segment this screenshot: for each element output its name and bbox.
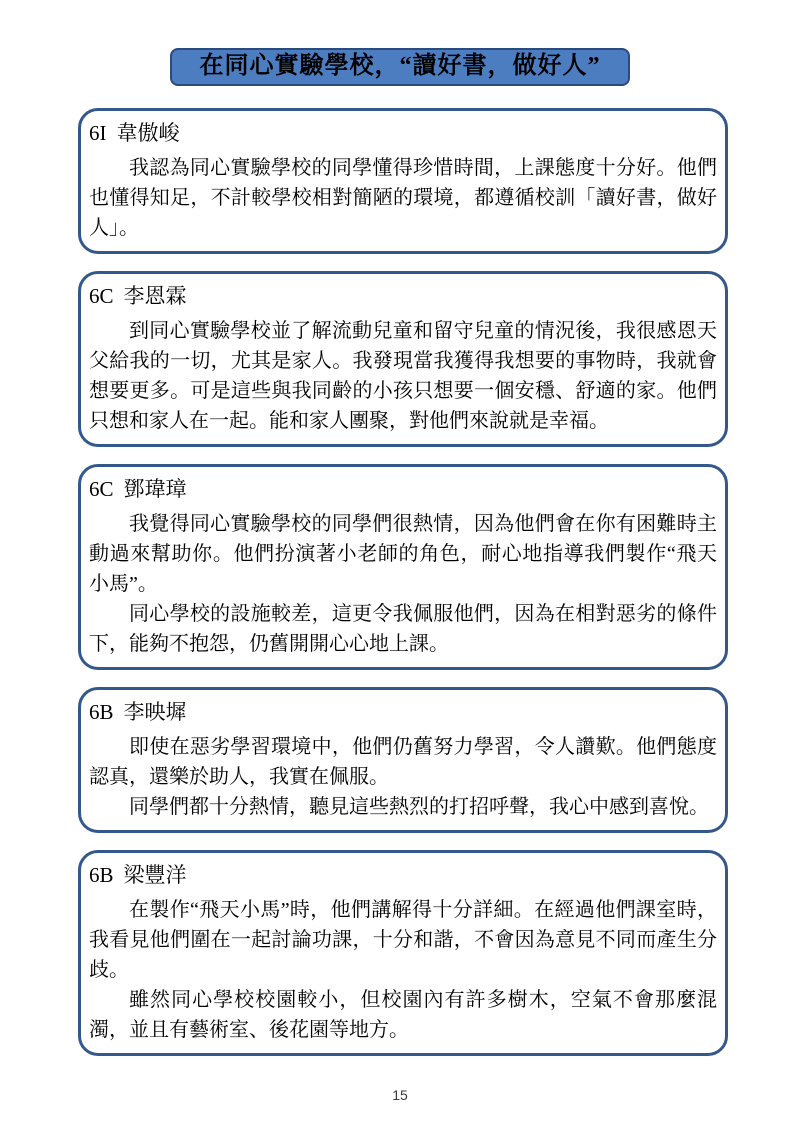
student-header: 6B李映墀 — [89, 698, 717, 726]
student-name: 韋傲峻 — [117, 121, 180, 145]
document-page: 在同心實驗學校，“讀好書，做好人” 6I韋傲峻 我認為同心實驗學校的同學懂得珍惜… — [0, 0, 800, 1131]
student-class-id: 6B — [89, 863, 114, 887]
student-class-id: 6B — [89, 700, 114, 724]
page-title-banner: 在同心實驗學校，“讀好書，做好人” — [170, 48, 630, 86]
testimonial-paragraph: 即使在惡劣學習環境中，他們仍舊努力學習，令人讚歎。他們態度認真，還樂於助人，我實… — [89, 732, 717, 792]
student-class-id: 6C — [89, 284, 114, 308]
student-class-id: 6I — [89, 121, 107, 145]
student-name: 李映墀 — [124, 700, 187, 724]
student-header: 6C李恩霖 — [89, 282, 717, 310]
testimonial-paragraph: 到同心實驗學校並了解流動兒童和留守兒童的情況後，我很感恩天父給我的一切，尤其是家… — [89, 316, 717, 436]
page-number: 15 — [0, 1087, 800, 1103]
testimonial-card-5: 6B梁豐洋 在製作“飛天小馬”時，他們講解得十分詳細。在經過他們課室時，我看見他… — [78, 850, 728, 1056]
testimonial-card-1: 6I韋傲峻 我認為同心實驗學校的同學懂得珍惜時間，上課態度十分好。他們也懂得知足… — [78, 108, 728, 254]
testimonial-card-3: 6C鄧瑋璋 我覺得同心實驗學校的同學們很熱情，因為他們會在你有困難時主動過來幫助… — [78, 464, 728, 670]
student-name: 鄧瑋璋 — [124, 477, 187, 501]
student-header: 6B梁豐洋 — [89, 861, 717, 889]
student-name: 梁豐洋 — [124, 863, 187, 887]
student-header: 6C鄧瑋璋 — [89, 475, 717, 503]
testimonial-card-4: 6B李映墀 即使在惡劣學習環境中，他們仍舊努力學習，令人讚歎。他們態度認真，還樂… — [78, 687, 728, 833]
testimonial-card-2: 6C李恩霖 到同心實驗學校並了解流動兒童和留守兒童的情況後，我很感恩天父給我的一… — [78, 271, 728, 447]
testimonial-paragraph: 我認為同心實驗學校的同學懂得珍惜時間，上課態度十分好。他們也懂得知足，不計較學校… — [89, 153, 717, 243]
student-class-id: 6C — [89, 477, 114, 501]
student-name: 李恩霖 — [124, 284, 187, 308]
testimonial-paragraph: 我覺得同心實驗學校的同學們很熱情，因為他們會在你有困難時主動過來幫助你。他們扮演… — [89, 509, 717, 599]
testimonial-paragraph: 同心學校的設施較差，這更令我佩服他們，因為在相對惡劣的條件下，能夠不抱怨，仍舊開… — [89, 599, 717, 659]
testimonial-list: 6I韋傲峻 我認為同心實驗學校的同學懂得珍惜時間，上課態度十分好。他們也懂得知足… — [78, 108, 728, 1056]
page-title: 在同心實驗學校，“讀好書，做好人” — [200, 53, 601, 79]
testimonial-paragraph: 雖然同心學校校園較小，但校園內有許多樹木，空氣不會那麼混濁，並且有藝術室、後花園… — [89, 985, 717, 1045]
testimonial-paragraph: 在製作“飛天小馬”時，他們講解得十分詳細。在經過他們課室時，我看見他們圍在一起討… — [89, 895, 717, 985]
testimonial-paragraph: 同學們都十分熱情，聽見這些熱烈的打招呼聲，我心中感到喜悅。 — [89, 792, 717, 822]
student-header: 6I韋傲峻 — [89, 119, 717, 147]
